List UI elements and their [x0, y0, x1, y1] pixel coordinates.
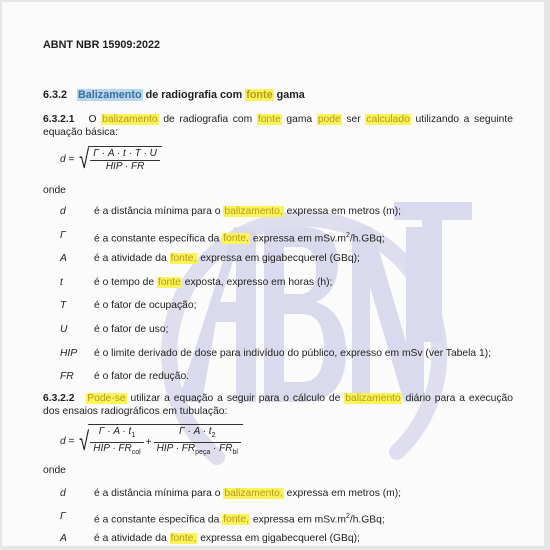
- search-highlight[interactable]: fonte,: [222, 514, 250, 525]
- section-heading: 6.3.2Balizamento de radiografia com font…: [43, 89, 305, 102]
- definition-text: é a constante específica da fonte, expre…: [94, 510, 385, 526]
- definition-text: é a distância mínima para o balizamento,…: [94, 205, 401, 218]
- definition-symbol: Γ: [60, 510, 66, 523]
- definition-symbol: d: [60, 487, 66, 500]
- paragraph-6-3-2-1: 6.3.2.1 O balizamento de radiografia com…: [43, 113, 513, 139]
- definition-symbol: t: [60, 276, 63, 289]
- search-highlight[interactable]: balizamento,: [223, 488, 283, 499]
- selected-text-highlight[interactable]: Balizamento: [77, 89, 143, 101]
- definition-text: é a atividade da fonte, expressa em giga…: [94, 532, 360, 545]
- definition-symbol: A: [60, 252, 67, 265]
- search-highlight[interactable]: balizamento: [101, 114, 159, 125]
- definition-text: é o tempo de fonte exposta, expresso em …: [94, 276, 332, 289]
- paragraph-number: 6.3.2.2: [43, 393, 75, 404]
- paragraph-number: 6.3.2.1: [43, 114, 75, 125]
- definition-symbol: FR: [60, 370, 74, 383]
- search-highlight[interactable]: fonte: [157, 277, 182, 288]
- definition-text: é o fator de uso;: [94, 323, 168, 336]
- search-highlight[interactable]: pode: [317, 114, 342, 125]
- definition-symbol: d: [60, 205, 66, 218]
- definition-symbol: U: [60, 323, 67, 336]
- search-highlight[interactable]: balizamento,: [223, 206, 283, 217]
- definition-text: é a constante específica da fonte, expre…: [94, 229, 385, 245]
- search-highlight[interactable]: fonte: [257, 114, 282, 125]
- standard-id: ABNT NBR 15909:2022: [43, 39, 160, 52]
- search-highlight[interactable]: fonte,: [170, 533, 198, 544]
- onde-label: onde: [43, 184, 66, 197]
- definition-symbol: T: [60, 299, 66, 312]
- formula-daily: d = √Γ · A · t1HIP · FRcol+Γ · A · t2HIP…: [60, 424, 243, 459]
- definition-text: é a atividade da fonte, expressa em giga…: [94, 252, 360, 265]
- definition-text: é o fator de ocupação;: [94, 299, 196, 312]
- search-highlight[interactable]: calculado: [365, 114, 411, 125]
- search-highlight[interactable]: balizamento: [344, 393, 402, 404]
- definition-text: é a distância mínima para o balizamento,…: [94, 487, 401, 500]
- search-highlight[interactable]: fonte,: [222, 233, 250, 244]
- search-highlight[interactable]: Pode-se: [86, 393, 126, 404]
- definition-text: é o fator de redução.: [94, 370, 189, 383]
- paragraph-6-3-2-2: 6.3.2.2 Pode-se utilizar a equação a seg…: [43, 392, 513, 418]
- document-page: ABNT NBR 15909:2022 6.3.2Balizamento de …: [2, 2, 544, 546]
- definition-symbol: Γ: [60, 229, 66, 242]
- definition-text: é o limite derivado de dose para indivíd…: [94, 347, 491, 360]
- formula-basic: d = √Γ · A · t · T · UHIP · FR: [60, 144, 162, 175]
- onde-label: onde: [43, 464, 66, 477]
- search-highlight[interactable]: fonte,: [170, 253, 198, 264]
- definition-symbol: HIP: [60, 347, 77, 360]
- sqrt-symbol-icon: √: [79, 426, 89, 457]
- definition-symbol: A: [60, 532, 67, 545]
- search-highlight[interactable]: fonte: [245, 89, 273, 101]
- section-number: 6.3.2: [43, 89, 77, 102]
- sqrt-symbol-icon: √: [79, 144, 89, 175]
